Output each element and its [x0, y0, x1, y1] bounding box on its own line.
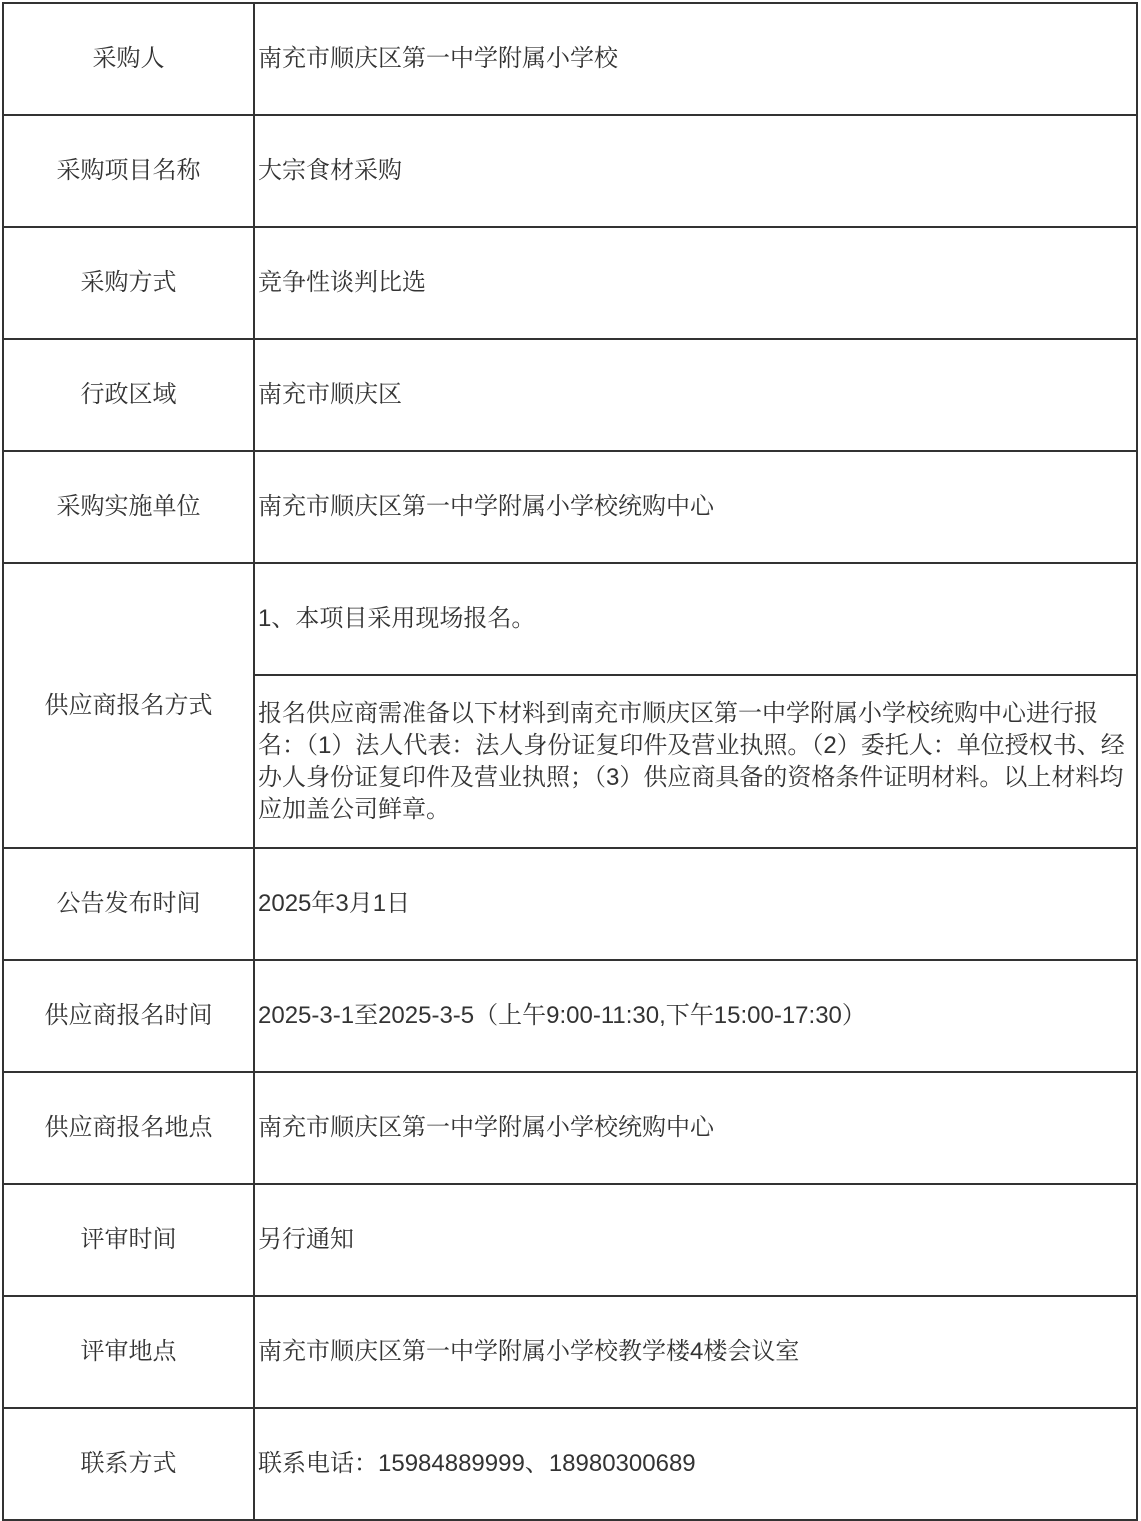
row-label-purchaser: 采购人	[3, 3, 254, 115]
table-row: 行政区域 南充市顺庆区	[3, 339, 1137, 451]
row-value-registration-method-1: 1、本项目采用现场报名。	[254, 563, 1137, 675]
table-row: 供应商报名时间 2025-3-1至2025-3-5（上午9:00-11:30,下…	[3, 960, 1137, 1072]
row-label-admin-region: 行政区域	[3, 339, 254, 451]
procurement-notice-table: 采购人 南充市顺庆区第一中学附属小学校 采购项目名称 大宗食材采购 采购方式 竞…	[2, 2, 1138, 1521]
row-label-registration-method: 供应商报名方式	[3, 563, 254, 848]
row-label-registration-time: 供应商报名时间	[3, 960, 254, 1072]
table-row: 采购方式 竞争性谈判比选	[3, 227, 1137, 339]
table-row: 采购实施单位 南充市顺庆区第一中学附属小学校统购中心	[3, 451, 1137, 563]
row-label-contact: 联系方式	[3, 1408, 254, 1520]
row-value-procurement-method: 竞争性谈判比选	[254, 227, 1137, 339]
table-row: 联系方式 联系电话：15984889999、18980300689	[3, 1408, 1137, 1520]
row-label-procurement-method: 采购方式	[3, 227, 254, 339]
row-value-admin-region: 南充市顺庆区	[254, 339, 1137, 451]
row-value-review-place: 南充市顺庆区第一中学附属小学校教学楼4楼会议室	[254, 1296, 1137, 1408]
table-row: 采购人 南充市顺庆区第一中学附属小学校	[3, 3, 1137, 115]
row-label-review-place: 评审地点	[3, 1296, 254, 1408]
row-value-registration-time: 2025-3-1至2025-3-5（上午9:00-11:30,下午15:00-1…	[254, 960, 1137, 1072]
table-row: 评审时间 另行通知	[3, 1184, 1137, 1296]
row-label-registration-place: 供应商报名地点	[3, 1072, 254, 1184]
table-row: 供应商报名地点 南充市顺庆区第一中学附属小学校统购中心	[3, 1072, 1137, 1184]
row-value-implementing-unit: 南充市顺庆区第一中学附属小学校统购中心	[254, 451, 1137, 563]
table-row: 采购项目名称 大宗食材采购	[3, 115, 1137, 227]
row-label-project-name: 采购项目名称	[3, 115, 254, 227]
row-label-announcement-date: 公告发布时间	[3, 848, 254, 960]
row-label-implementing-unit: 采购实施单位	[3, 451, 254, 563]
table-row: 公告发布时间 2025年3月1日	[3, 848, 1137, 960]
row-value-contact: 联系电话：15984889999、18980300689	[254, 1408, 1137, 1520]
row-value-project-name: 大宗食材采购	[254, 115, 1137, 227]
row-value-registration-place: 南充市顺庆区第一中学附属小学校统购中心	[254, 1072, 1137, 1184]
row-value-registration-method-2: 报名供应商需准备以下材料到南充市顺庆区第一中学附属小学校统购中心进行报名：（1）…	[254, 675, 1137, 848]
row-label-review-time: 评审时间	[3, 1184, 254, 1296]
row-value-review-time: 另行通知	[254, 1184, 1137, 1296]
row-value-purchaser: 南充市顺庆区第一中学附属小学校	[254, 3, 1137, 115]
table-row: 供应商报名方式 1、本项目采用现场报名。	[3, 563, 1137, 675]
table-row: 评审地点 南充市顺庆区第一中学附属小学校教学楼4楼会议室	[3, 1296, 1137, 1408]
row-value-announcement-date: 2025年3月1日	[254, 848, 1137, 960]
